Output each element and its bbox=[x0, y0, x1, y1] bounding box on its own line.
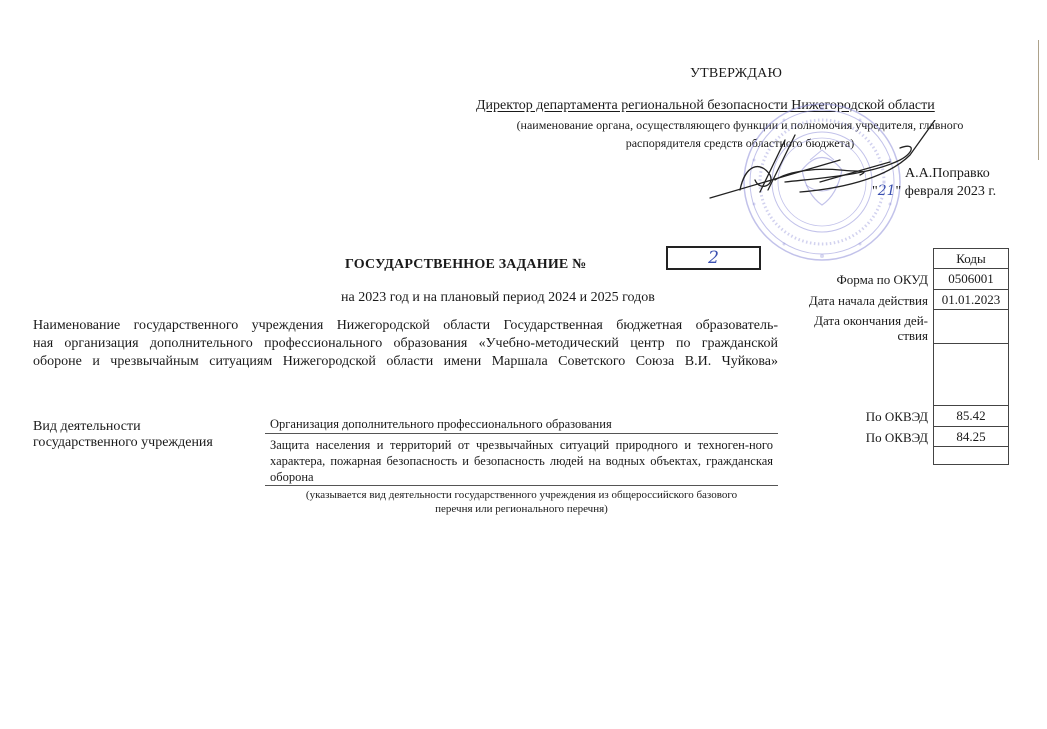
institution-name-line: обороне и чрезвычайным ситуациям Нижегор… bbox=[33, 353, 778, 371]
approval-date: "21" февраля 2023 г. bbox=[872, 183, 996, 200]
code-label-end-date-line: ствия bbox=[814, 328, 928, 343]
code-value-start-date: 01.01.2023 bbox=[934, 290, 1008, 310]
task-period: на 2023 год и на плановый период 2024 и … bbox=[341, 290, 655, 306]
activity-value-secondary: Защита населения и территорий от чрезвыч… bbox=[265, 434, 778, 486]
task-number-field: 2 bbox=[666, 246, 761, 270]
scan-edge-line bbox=[1038, 40, 1039, 160]
activity-label-line: Вид деятельности bbox=[33, 419, 213, 435]
codes-table: Коды 0506001 01.01.2023 85.42 84.25 bbox=[933, 248, 1009, 465]
activity-label-line: государственного учреждения bbox=[33, 435, 213, 451]
institution-name: Наименование государственного учреждения… bbox=[33, 317, 778, 371]
page-title: ГОСУДАРСТВЕННОЕ ЗАДАНИЕ № bbox=[345, 257, 586, 273]
activity-caption-line: (указывается вид деятельности государств… bbox=[265, 488, 778, 502]
approval-heading: УТВЕРЖДАЮ bbox=[690, 66, 782, 82]
code-value-blank bbox=[934, 344, 1008, 406]
code-value-blank-last bbox=[934, 447, 1008, 464]
code-value-okved-2: 84.25 bbox=[934, 427, 1008, 447]
institution-name-line: Наименование государственного учреждения… bbox=[33, 317, 778, 335]
date-day: 21 bbox=[878, 183, 896, 199]
activity-label: Вид деятельности государственного учрежд… bbox=[33, 419, 213, 451]
date-month-year: " февраля 2023 г. bbox=[896, 184, 997, 199]
code-label-end-date-line: Дата окончания дей- bbox=[814, 313, 928, 328]
codes-header: Коды bbox=[934, 249, 1008, 269]
institution-name-line: ная организация дополнительного професси… bbox=[33, 335, 778, 353]
activity-caption: (указывается вид деятельности государств… bbox=[265, 486, 778, 516]
code-value-end-date bbox=[934, 310, 1008, 344]
activity-value-primary: Организация дополнительного профессионал… bbox=[265, 416, 778, 434]
code-label-okud: Форма по ОКУД bbox=[837, 272, 929, 287]
code-value-okved-1: 85.42 bbox=[934, 406, 1008, 427]
code-label-end-date: Дата окончания дей- ствия bbox=[814, 313, 928, 343]
activity-caption-line: перечня или регионального перечня) bbox=[265, 502, 778, 516]
code-label-okved-2: По ОКВЭД bbox=[866, 430, 928, 445]
activity-values: Организация дополнительного профессионал… bbox=[265, 416, 778, 516]
approval-signatory: А.А.Поправко bbox=[905, 166, 990, 182]
code-value-okud: 0506001 bbox=[934, 269, 1008, 290]
code-label-okved-1: По ОКВЭД bbox=[866, 409, 928, 424]
code-label-start-date: Дата начала действия bbox=[809, 293, 928, 308]
